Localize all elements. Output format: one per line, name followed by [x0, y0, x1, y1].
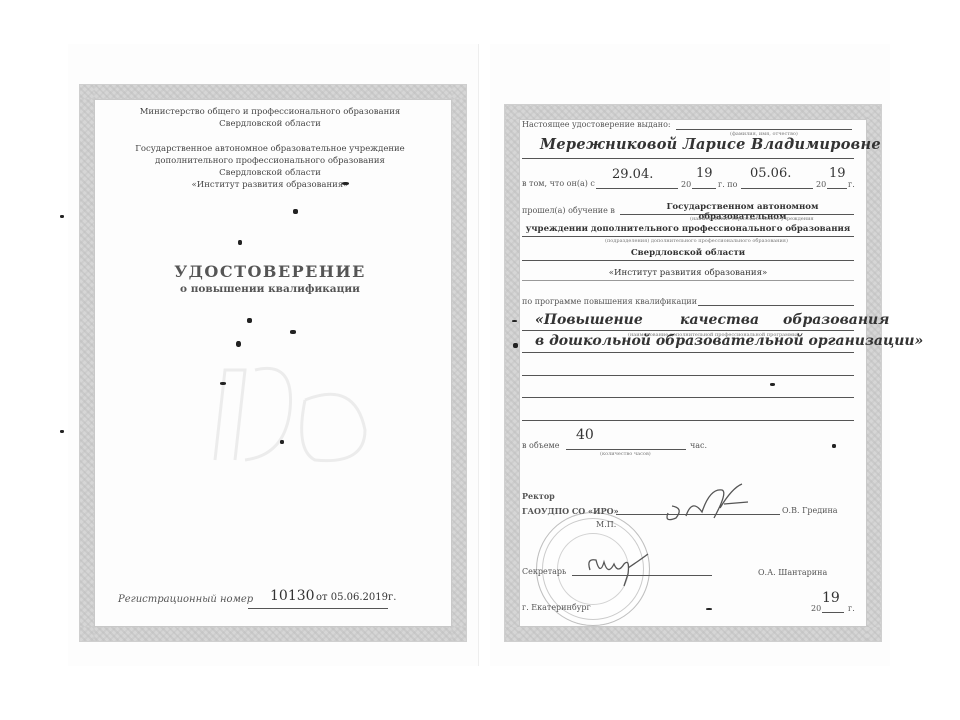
period-mid: г. по: [718, 180, 737, 189]
ministry-line-1: Министерство общего и профессионального …: [110, 106, 430, 118]
scan-speck: [60, 215, 64, 218]
program-label: по программе повышения квалификации: [522, 297, 697, 306]
rector-organization: ГАОУДПО СО «ИРО»: [522, 506, 619, 516]
secretary-signature-icon: [584, 550, 654, 590]
to-date: 05.06.: [750, 166, 791, 181]
organization-underline-2: [522, 236, 854, 237]
recipient-underline: [522, 158, 854, 159]
recipient-name: Мережниковой Ларисе Владимировне: [540, 136, 881, 153]
rector-title: Ректор: [522, 491, 555, 501]
program-word-2: качества: [680, 312, 759, 328]
registration-date: от 05.06.2019г.: [316, 592, 396, 603]
from-year-underline: [692, 188, 716, 189]
program-label-underline: [698, 305, 854, 306]
issued-to-underline: [676, 129, 852, 130]
institution-header: Государственное автономное образовательн…: [110, 143, 430, 191]
organization-line-2: учреждении дополнительного профессиональ…: [522, 224, 854, 234]
organization-line-4: «Институт развития образования»: [522, 268, 854, 278]
year-underline: [822, 612, 844, 613]
training-label: прошел(а) обучение в: [522, 206, 615, 215]
institution-line-1: Государственное автономное образовательн…: [110, 143, 430, 155]
scan-speck: [513, 343, 518, 348]
year-value: 19: [822, 590, 840, 606]
from-year-prefix: 20: [681, 180, 691, 189]
program-underline-1: [522, 330, 854, 331]
scan-speck: [512, 320, 517, 322]
registration-underline: [248, 608, 388, 609]
program-underline-5: [522, 420, 854, 421]
issued-to-label: Настоящее удостоверение выдано:: [522, 120, 671, 129]
watermark-logo-icon: [205, 340, 385, 470]
volume-label: в объеме: [522, 441, 559, 450]
registration-label: Регистрационный номер: [118, 594, 253, 605]
scan-speck: [236, 341, 241, 347]
scan-speck: [60, 430, 64, 433]
to-year-underline: [827, 188, 847, 189]
institution-line-2: дополнительного профессионального образо…: [110, 155, 430, 167]
training-hint-1: (наименование образовательного учреждени…: [690, 216, 814, 222]
secretary-name: О.А. Шантарина: [758, 568, 827, 577]
scan-speck: [770, 383, 775, 386]
scan-speck: [706, 608, 712, 610]
document-title: УДОСТОВЕРЕНИЕ: [110, 262, 430, 281]
year-suffix: г.: [848, 604, 855, 613]
volume-unit: час.: [690, 441, 707, 450]
ministry-header: Министерство общего и профессионального …: [110, 106, 430, 130]
volume-value: 40: [576, 427, 594, 443]
program-word-1: «Повышение: [535, 312, 643, 328]
organization-underline-3: [522, 260, 854, 261]
rector-name: О.В. Гредина: [782, 506, 838, 515]
to-year-prefix: 20: [816, 180, 826, 189]
to-year: 19: [829, 166, 846, 181]
scan-speck: [293, 209, 298, 214]
to-date-underline: [741, 188, 813, 189]
city: г. Екатеринбург: [522, 603, 591, 612]
period-suffix: г.: [848, 180, 855, 189]
scan-speck: [832, 444, 836, 448]
rector-signature-icon: [662, 478, 762, 533]
program-underline-3: [522, 375, 854, 376]
institution-line-3: Свердловской области: [110, 167, 430, 179]
organization-line-3: Свердловской области: [522, 248, 854, 258]
institution-line-4: «Институт развития образования»: [110, 179, 430, 191]
volume-underline: [566, 449, 686, 450]
scan-speck: [342, 182, 349, 185]
program-line-2: в дошкольной образовательной организации…: [535, 333, 923, 349]
scan-speck: [290, 330, 296, 334]
volume-hint: (количество часов): [600, 451, 651, 457]
scan-speck: [247, 318, 252, 323]
ministry-line-2: Свердловской области: [110, 118, 430, 130]
from-date-underline: [596, 188, 678, 189]
scan-speck: [220, 382, 226, 385]
period-prefix: в том, что он(а) с: [522, 179, 595, 188]
registration-number: 10130: [270, 588, 315, 604]
scan-speck: [238, 240, 242, 245]
from-date: 29.04.: [612, 167, 653, 182]
document-subtitle: о повышении квалификации: [110, 283, 430, 295]
program-underline-4: [522, 397, 854, 398]
organization-underline-4: [522, 280, 854, 281]
from-year: 19: [696, 166, 713, 181]
training-hint-2: (подразделения) дополнительного професси…: [605, 238, 788, 244]
scan-speck: [280, 440, 284, 444]
year-prefix: 20: [811, 604, 821, 613]
program-word-3: образования: [783, 312, 889, 328]
secretary-label: Секретарь: [522, 567, 566, 576]
stamp-label: М.П.: [596, 520, 616, 529]
program-underline-2: [522, 352, 854, 353]
